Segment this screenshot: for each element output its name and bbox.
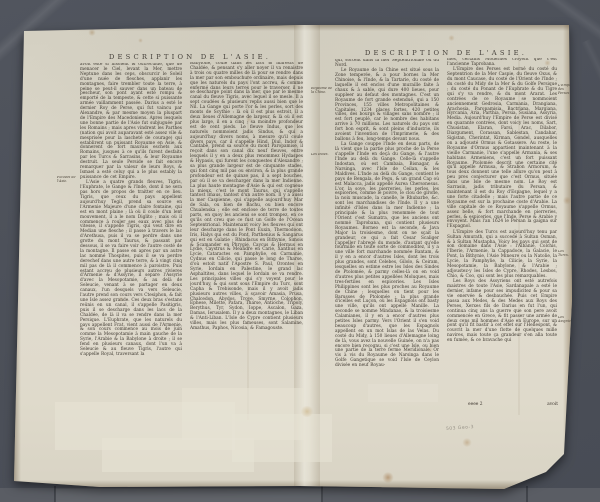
right-page-outer-margin-note: L'Empire des Perses. <box>558 84 571 95</box>
paper-edge-left <box>13 0 21 502</box>
foxing-stain <box>138 38 143 43</box>
left-page-column-2: Babylone, coule dans les lacs & marests … <box>190 62 303 394</box>
photo-of-antique-book-leaf: DESCRIPTION DE L'ASIE. avoit esté si ins… <box>0 0 600 502</box>
foxing-stain <box>462 438 472 447</box>
repair-patch <box>232 414 332 462</box>
right-page-header: DESCRIPTION DE L'ASIE. <box>340 49 552 57</box>
right-page-outer-margin-note: Les Assyriens. <box>558 316 571 324</box>
right-page-inner-margin-note: Les Indes. <box>311 153 333 157</box>
signature-mark: eeee 2 <box>468 402 483 407</box>
left-page-header: DESCRIPTION DE L'ASIE. <box>84 53 296 61</box>
paper-bifolium: DESCRIPTION DE L'ASIE. avoit esté si ins… <box>0 0 600 502</box>
catchword: avoit <box>528 402 558 407</box>
paper-shadow-wrapper: DESCRIPTION DE L'ASIE. avoit esté si ins… <box>0 0 600 502</box>
right-page-inner-margin-note: Royaume de la Chine. <box>311 87 333 95</box>
pencil-inscription: 503 Geo-3 <box>446 425 474 432</box>
foxing-stain <box>88 29 96 36</box>
right-page-outer-margin-note: Les Turcs. <box>558 250 571 258</box>
left-page-column-1: avoit esté si insolent & outrecuidé, que… <box>80 63 182 403</box>
right-page-column-2: mes, certains Modernes croyent que c'est… <box>447 58 557 401</box>
foxing-stain <box>563 196 571 205</box>
left-page-margin-note: Fleuves de l'Asie. <box>57 176 78 184</box>
foxing-stain <box>56 18 61 23</box>
foxing-stain <box>448 35 455 41</box>
foxing-stain <box>382 472 394 483</box>
right-page-column-1: qui, sortent dans la mer Septentrionale … <box>335 59 439 402</box>
